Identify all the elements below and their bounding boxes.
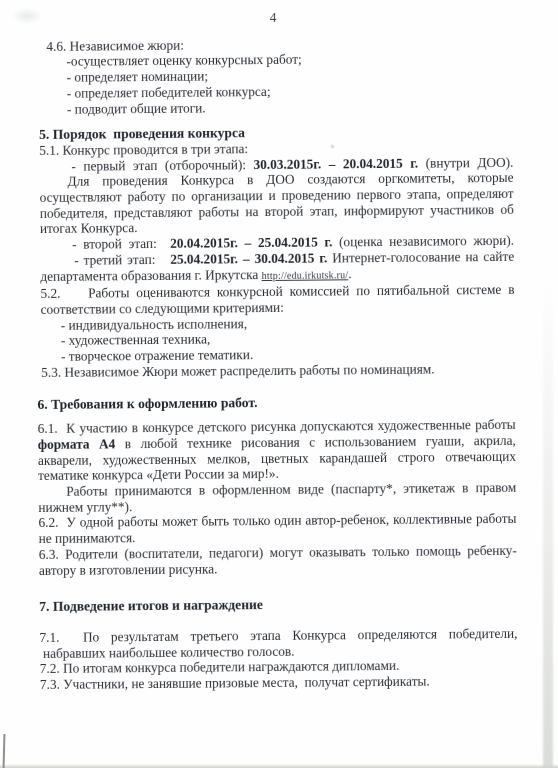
clause-7-3: 7.3. Участники, не занявшие призовые мес… [40, 673, 518, 693]
stage-3-paragraph: - третий этап: 25.04.2015г. – 30.04.2015… [40, 249, 514, 287]
stage-2-label: - второй этап: [72, 236, 170, 252]
clause-6-1: 6.1. К участию в конкурсе детского рисун… [38, 417, 517, 484]
scan-bottom-edge [0, 764, 558, 768]
stage-3-label: - третий этап: [74, 252, 170, 268]
stage-1-label: - первый этап (отборочный): [71, 157, 253, 174]
jury-duties-list: -осуществляет оценку конкурсных работ; -… [66, 50, 513, 117]
stage-2-dates: 20.04.2015г. – 25.04.2015 г. [170, 235, 332, 251]
jury-duty-item: - подводит общие итоги. [67, 97, 513, 117]
scanned-page: 4 4.6. Независимое жюри: -осуществляет о… [0, 0, 558, 768]
stage-1-dates: 30.03.2015г. – 20.04.2015 г. [253, 155, 418, 171]
clause-5-1-body: Для проведения Конкурса в ДОО создаются … [39, 170, 514, 237]
section-6-heading: 6. Требования к оформлению работ. [37, 393, 515, 413]
stage-2-note: (оценка независимого жюри). [332, 233, 514, 250]
section-5: 5. Порядок проведения конкурса 5.1. Конк… [39, 123, 515, 380]
clause-7-1: 7.1. По результатам третьего этапа Конку… [39, 626, 517, 662]
section-7: 7. Подведение итогов и награждение 7.1. … [39, 595, 518, 693]
stage-3-period: . [348, 266, 351, 281]
section-7-heading: 7. Подведение итогов и награждение [39, 595, 517, 615]
scan-edge-band [543, 280, 553, 768]
format-a4-bold: формата А4 [38, 436, 116, 452]
page-content: 4 4.6. Независимое жюри: -осуществляет о… [34, 8, 518, 693]
criteria-list: - индивидуальность исполнения, - художес… [61, 313, 515, 364]
stage-1-note: (внутри ДОО). [418, 154, 513, 170]
section-6: 6. Требования к оформлению работ. 6.1. К… [37, 393, 517, 578]
clause-6-3: 6.3. Родители (воспитатели, педагоги) мо… [39, 543, 517, 579]
stage-3-dates: 25.04.2015г. – 30.04.2015 г. [170, 250, 327, 266]
clause-5-2: 5.2. Работы оцениваются конкурсной комис… [40, 282, 514, 318]
clause-5-3: 5.3. Независимое Жюри может распределить… [41, 361, 515, 381]
education-dept-link[interactable]: http://edu.irkutsk.ru/ [262, 270, 349, 282]
clause-6-2: 6.2. У одной работы может быть только од… [38, 511, 516, 547]
page-number: 4 [34, 8, 512, 28]
scan-left-tick [3, 734, 6, 768]
section-4-6: 4.6. Независимое жюри: -осуществляет оце… [46, 35, 513, 118]
clause-6-1-addendum: Работы принимаются в оформленном виде (п… [38, 480, 516, 516]
